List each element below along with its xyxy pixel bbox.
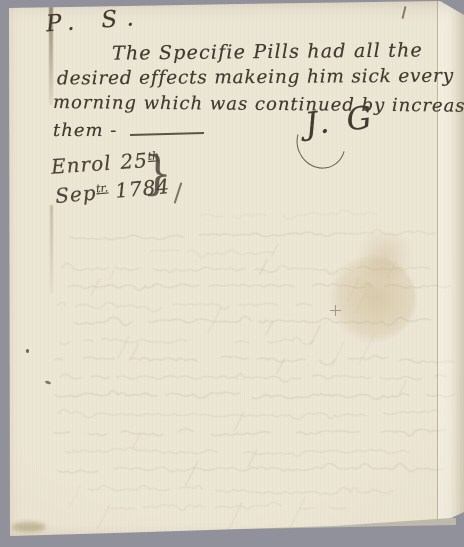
- red-wax-speck: [335, 531, 340, 535]
- edge-vignette: [0, 0, 464, 547]
- manuscript-scan: P. S. The Specifie Pills had all the des…: [0, 0, 464, 547]
- letter-page: P. S. The Specifie Pills had all the des…: [0, 0, 464, 547]
